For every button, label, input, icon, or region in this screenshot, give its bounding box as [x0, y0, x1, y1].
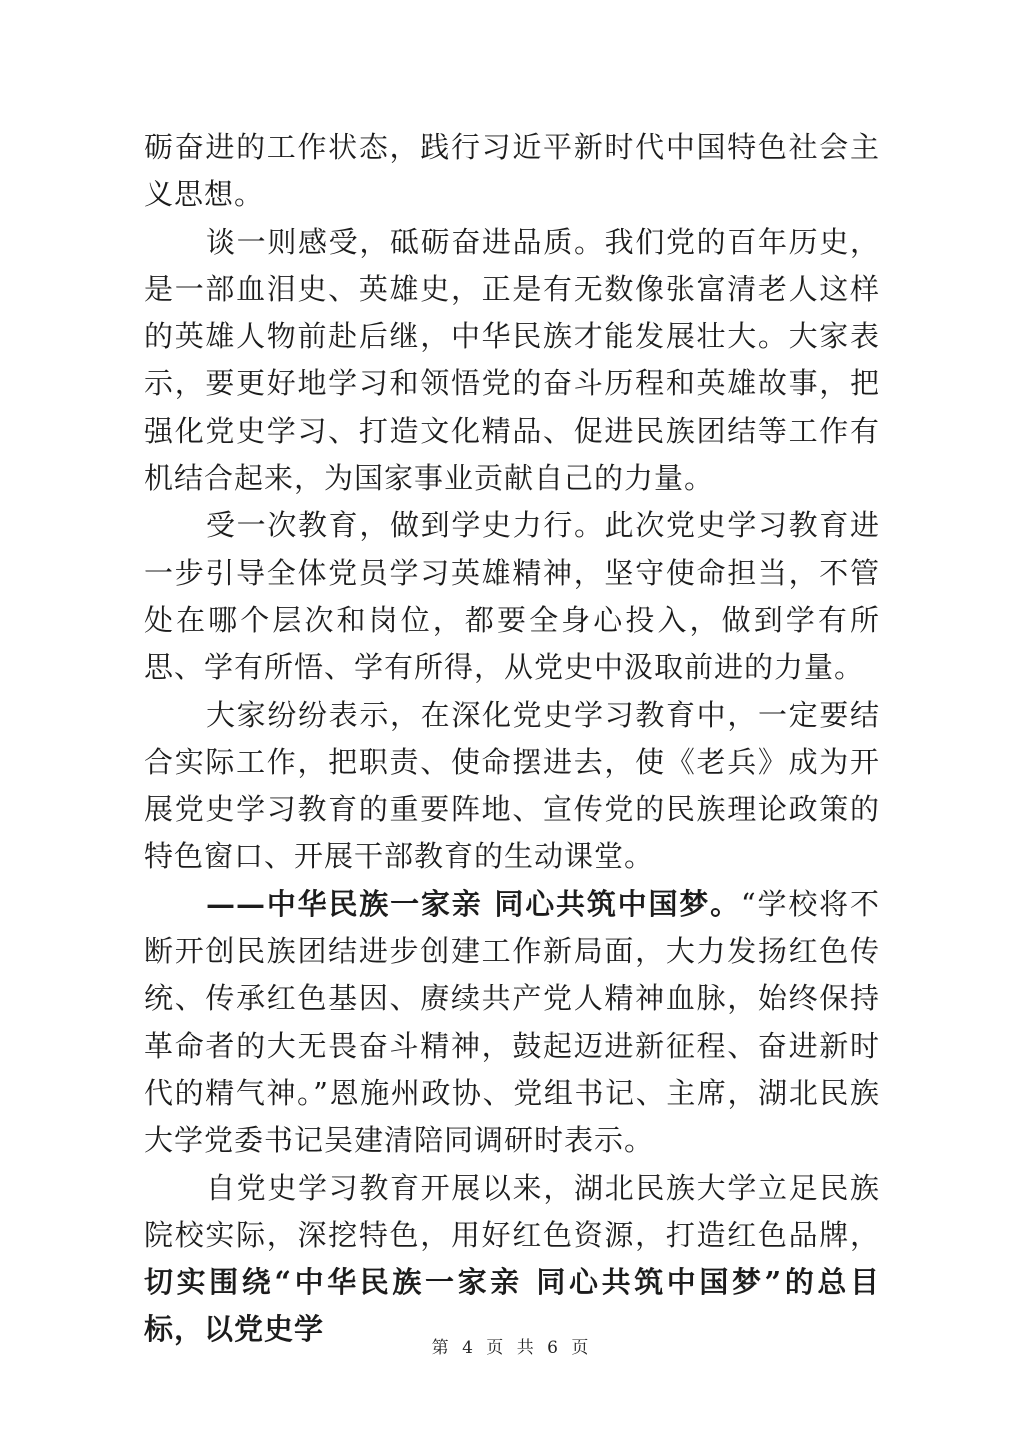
text-run: 谈一则感受，砥砺奋进品质。我们党的百年历史，是一部血泪史、英雄史，正是有无数像张… [144, 225, 880, 495]
page-footer: 第 4 页 共 6 页 [0, 1333, 1024, 1358]
page-number-text: 第 4 页 共 6 页 [432, 1338, 593, 1358]
paragraph: 自党史学习教育开展以来，湖北民族大学立足民族院校实际，深挖特色，用好红色资源，打… [144, 1165, 880, 1354]
text-run: 自党史学习教育开展以来，湖北民族大学立足民族院校实际，深挖特色，用好红色资源，打… [144, 1171, 880, 1252]
document-page: 砺奋进的工作状态，践行习近平新时代中国特色社会主义思想。谈一则感受，砥砺奋进品质… [0, 0, 1024, 1447]
text-run: “学校将不断开创民族团结进步创建工作新局面，大力发扬红色传统、传承红色基因、赓续… [144, 887, 880, 1157]
document-body: 砺奋进的工作状态，践行习近平新时代中国特色社会主义思想。谈一则感受，砥砺奋进品质… [144, 124, 880, 1354]
paragraph: 砺奋进的工作状态，践行习近平新时代中国特色社会主义思想。 [144, 124, 880, 219]
paragraph: ——中华民族一家亲 同心共筑中国梦。“学校将不断开创民族团结进步创建工作新局面，… [144, 881, 880, 1165]
paragraph: 受一次教育，做到学史力行。此次党史学习教育进一步引导全体党员学习英雄精神，坚守使… [144, 502, 880, 691]
text-run: 受一次教育，做到学史力行。此次党史学习教育进一步引导全体党员学习英雄精神，坚守使… [144, 508, 880, 684]
paragraph: 谈一则感受，砥砺奋进品质。我们党的百年历史，是一部血泪史、英雄史，正是有无数像张… [144, 219, 880, 503]
text-run: 砺奋进的工作状态，践行习近平新时代中国特色社会主义思想。 [144, 130, 880, 211]
text-run: 大家纷纷表示，在深化党史学习教育中，一定要结合实际工作，把职责、使命摆进去，使《… [144, 698, 880, 874]
emphasized-text-run: ——中华民族一家亲 同心共筑中国梦。 [206, 887, 741, 921]
paragraph: 大家纷纷表示，在深化党史学习教育中，一定要结合实际工作，把职责、使命摆进去，使《… [144, 692, 880, 881]
